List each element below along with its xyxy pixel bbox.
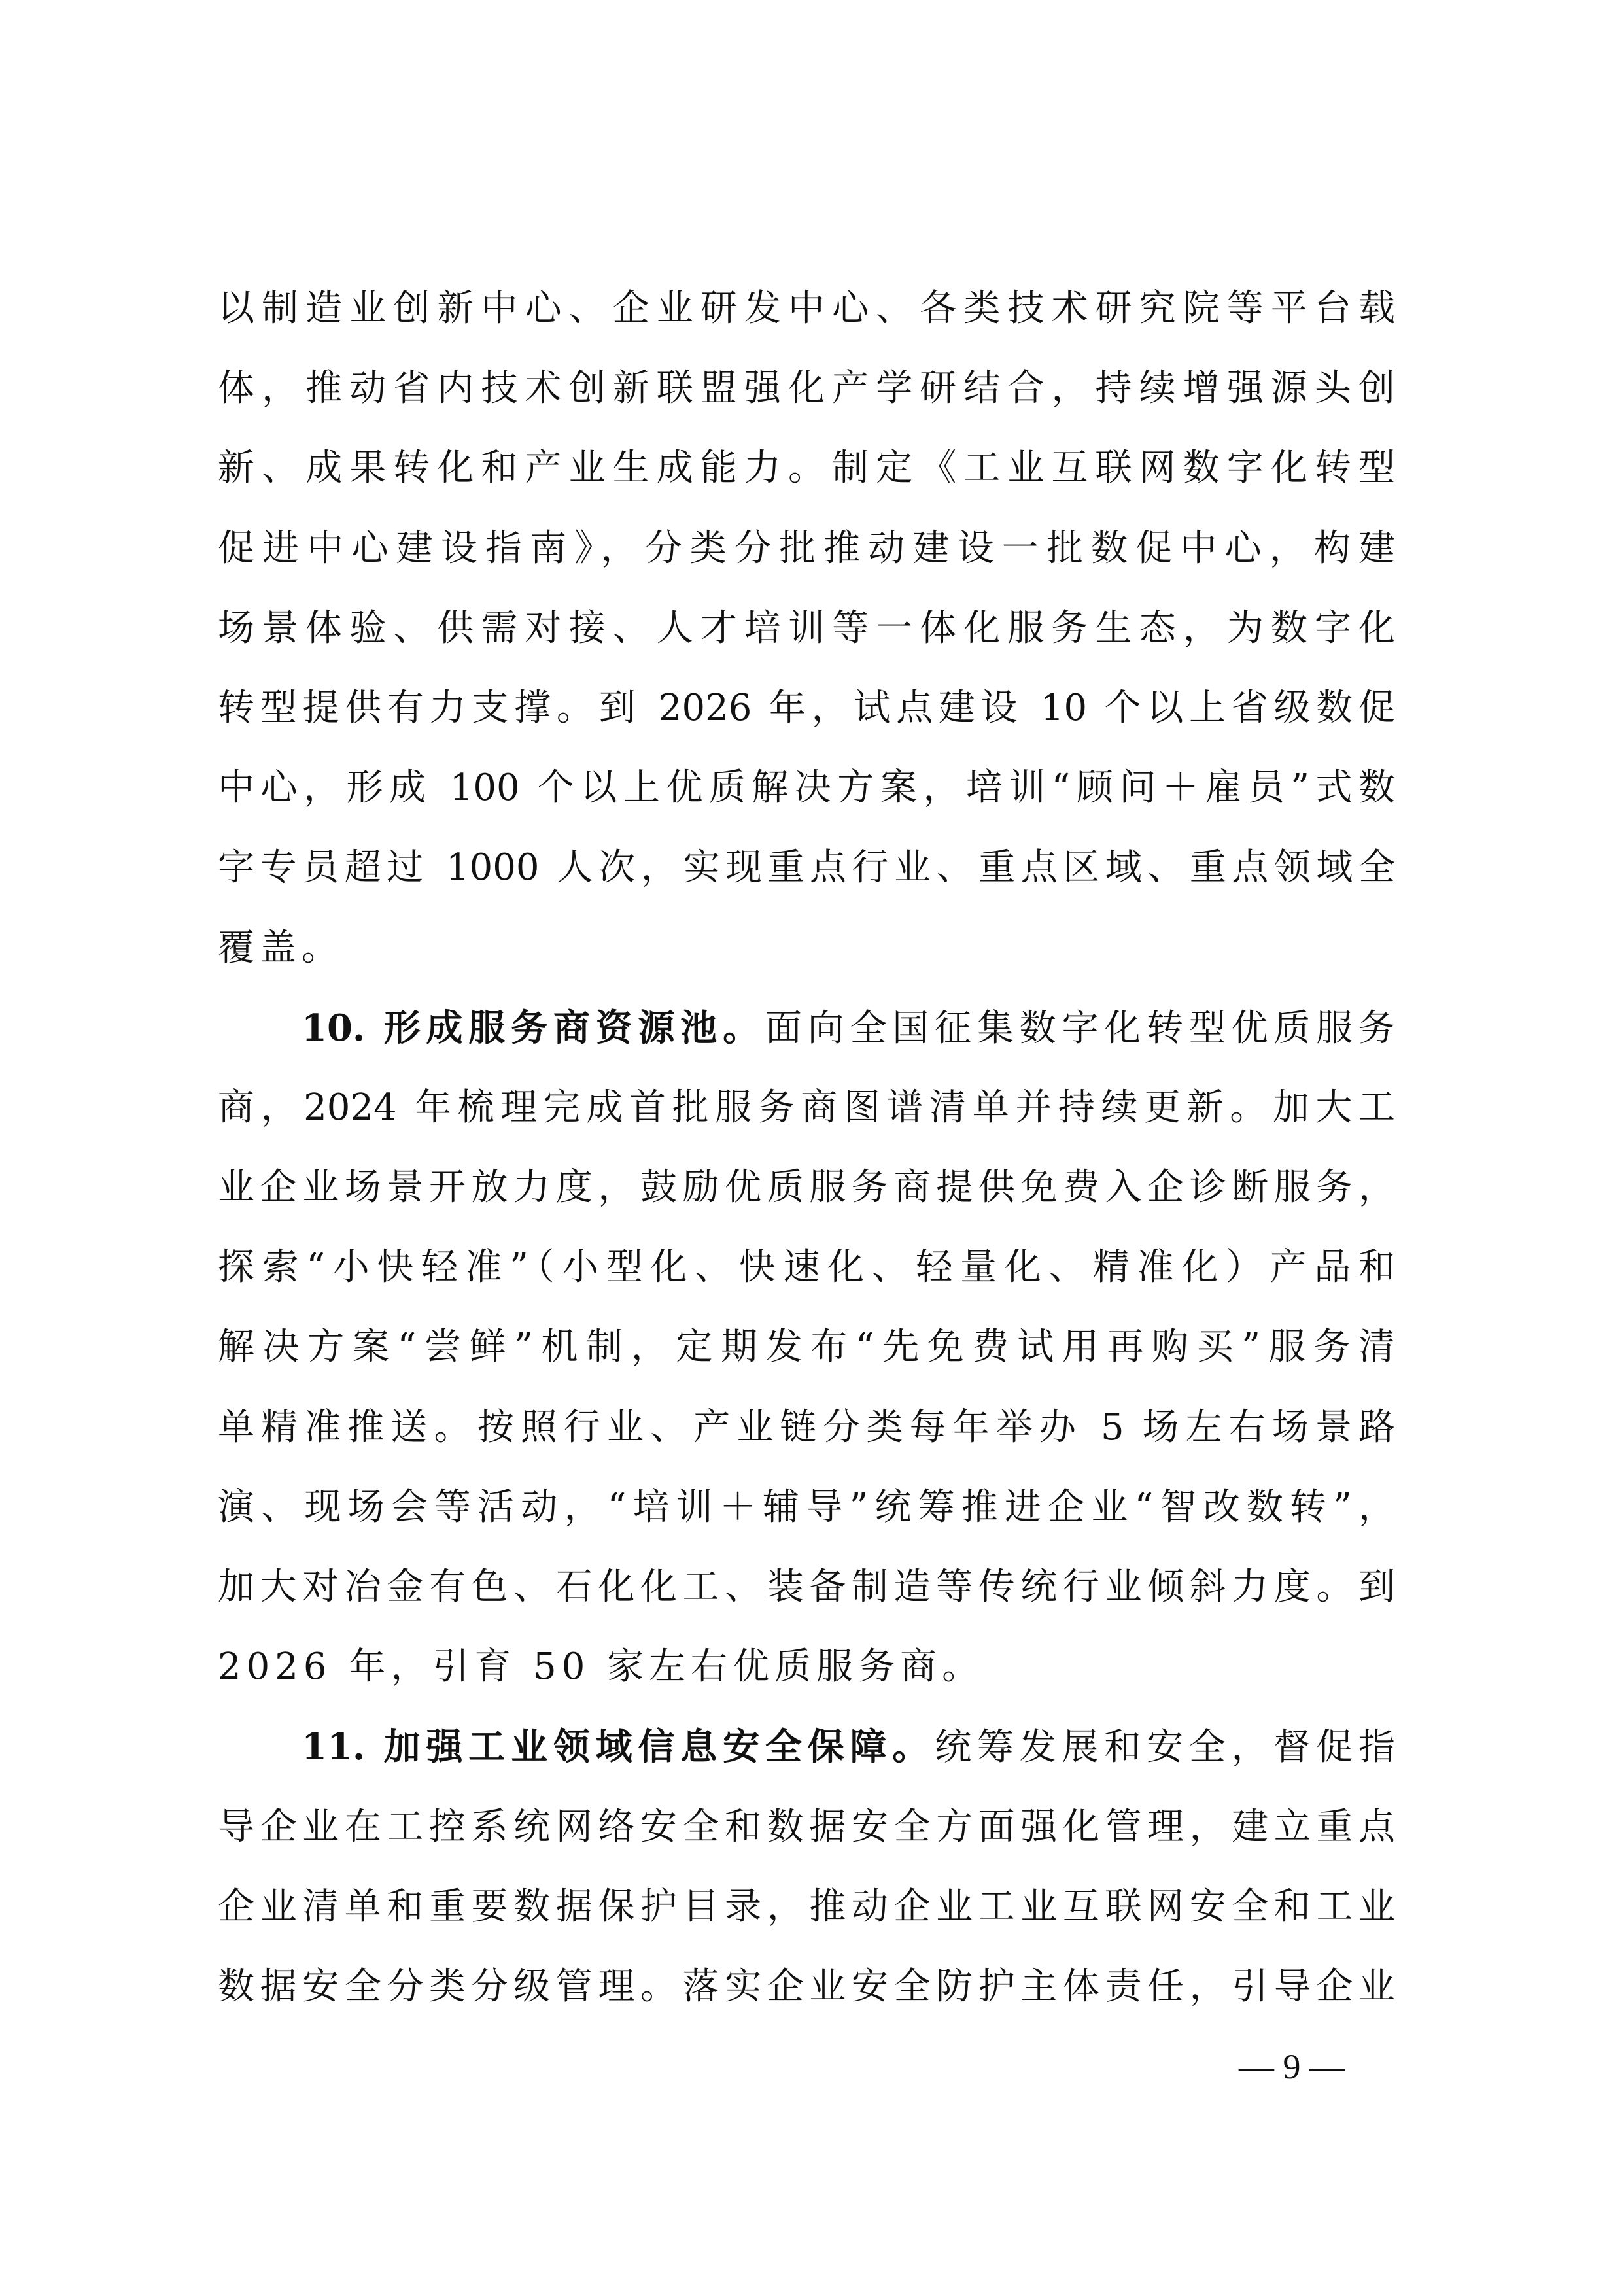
paragraph-end-line: 2026 年，引育 50 家左右优质服务商。	[218, 1627, 1395, 1707]
text-line: 企业清单和重要数据保护目录，推动企业工业互联网安全和工业	[218, 1867, 1395, 1947]
text-line: 加大对冶金有色、石化化工、装备制造等传统行业倾斜力度。到	[218, 1547, 1395, 1627]
text-line: 字专员超过 1000 人次，实现重点行业、重点区域、重点领域全	[218, 828, 1395, 908]
section-heading-11: 11. 加强工业领域信息安全保障。	[302, 1725, 935, 1768]
section-11-first-line: 11. 加强工业领域信息安全保障。统筹发展和安全，督促指	[218, 1707, 1395, 1787]
text-line: 导企业在工控系统网络安全和数据安全方面强化管理，建立重点	[218, 1787, 1395, 1867]
section-11-lead-text: 统筹发展和安全，督促指	[935, 1726, 1395, 1768]
text-line: 转型提供有力支撑。到 2026 年，试点建设 10 个以上省级数促	[218, 668, 1395, 748]
text-line: 单精准推送。按照行业、产业链分类每年举办 5 场左右场景路	[218, 1388, 1395, 1468]
document-page: 以制造业创新中心、企业研发中心、各类技术研究院等平台载 体，推动省内技术创新联盟…	[0, 0, 1624, 2291]
section-10-first-line: 10. 形成服务商资源池。面向全国征集数字化转型优质服务	[218, 988, 1395, 1068]
text-line: 探索“小快轻准”（小型化、快速化、轻量化、精准化）产品和	[218, 1228, 1395, 1307]
paragraph-end-line: 覆盖。	[218, 908, 1395, 988]
section-10-lead-text: 面向全国征集数字化转型优质服务	[765, 1007, 1395, 1050]
page-number: — 9 —	[1217, 2044, 1367, 2090]
text-line: 中心，形成 100 个以上优质解决方案，培训“顾问＋雇员”式数	[218, 748, 1395, 828]
text-line: 新、成果转化和产业生成能力。制定《工业互联网数字化转型	[218, 428, 1395, 508]
text-line: 解决方案“尝鲜”机制，定期发布“先免费试用再购买”服务清	[218, 1307, 1395, 1387]
text-line: 商，2024 年梳理完成首批服务商图谱清单并持续更新。加大工	[218, 1068, 1395, 1148]
body-text: 以制造业创新中心、企业研发中心、各类技术研究院等平台载 体，推动省内技术创新联盟…	[218, 269, 1395, 2027]
text-line: 场景体验、供需对接、人才培训等一体化服务生态，为数字化	[218, 589, 1395, 668]
text-line: 演、现场会等活动，“培训＋辅导”统筹推进企业“智改数转”，	[218, 1468, 1395, 1547]
text-line: 数据安全分类分级管理。落实企业安全防护主体责任，引导企业	[218, 1947, 1395, 2027]
text-line: 体，推动省内技术创新联盟强化产学研结合，持续增强源头创	[218, 349, 1395, 428]
section-heading-10: 10. 形成服务商资源池。	[302, 1007, 765, 1050]
text-line: 促进中心建设指南》，分类分批推动建设一批数促中心，构建	[218, 509, 1395, 589]
text-line: 以制造业创新中心、企业研发中心、各类技术研究院等平台载	[218, 269, 1395, 349]
text-line: 业企业场景开放力度，鼓励优质服务商提供免费入企诊断服务，	[218, 1148, 1395, 1228]
